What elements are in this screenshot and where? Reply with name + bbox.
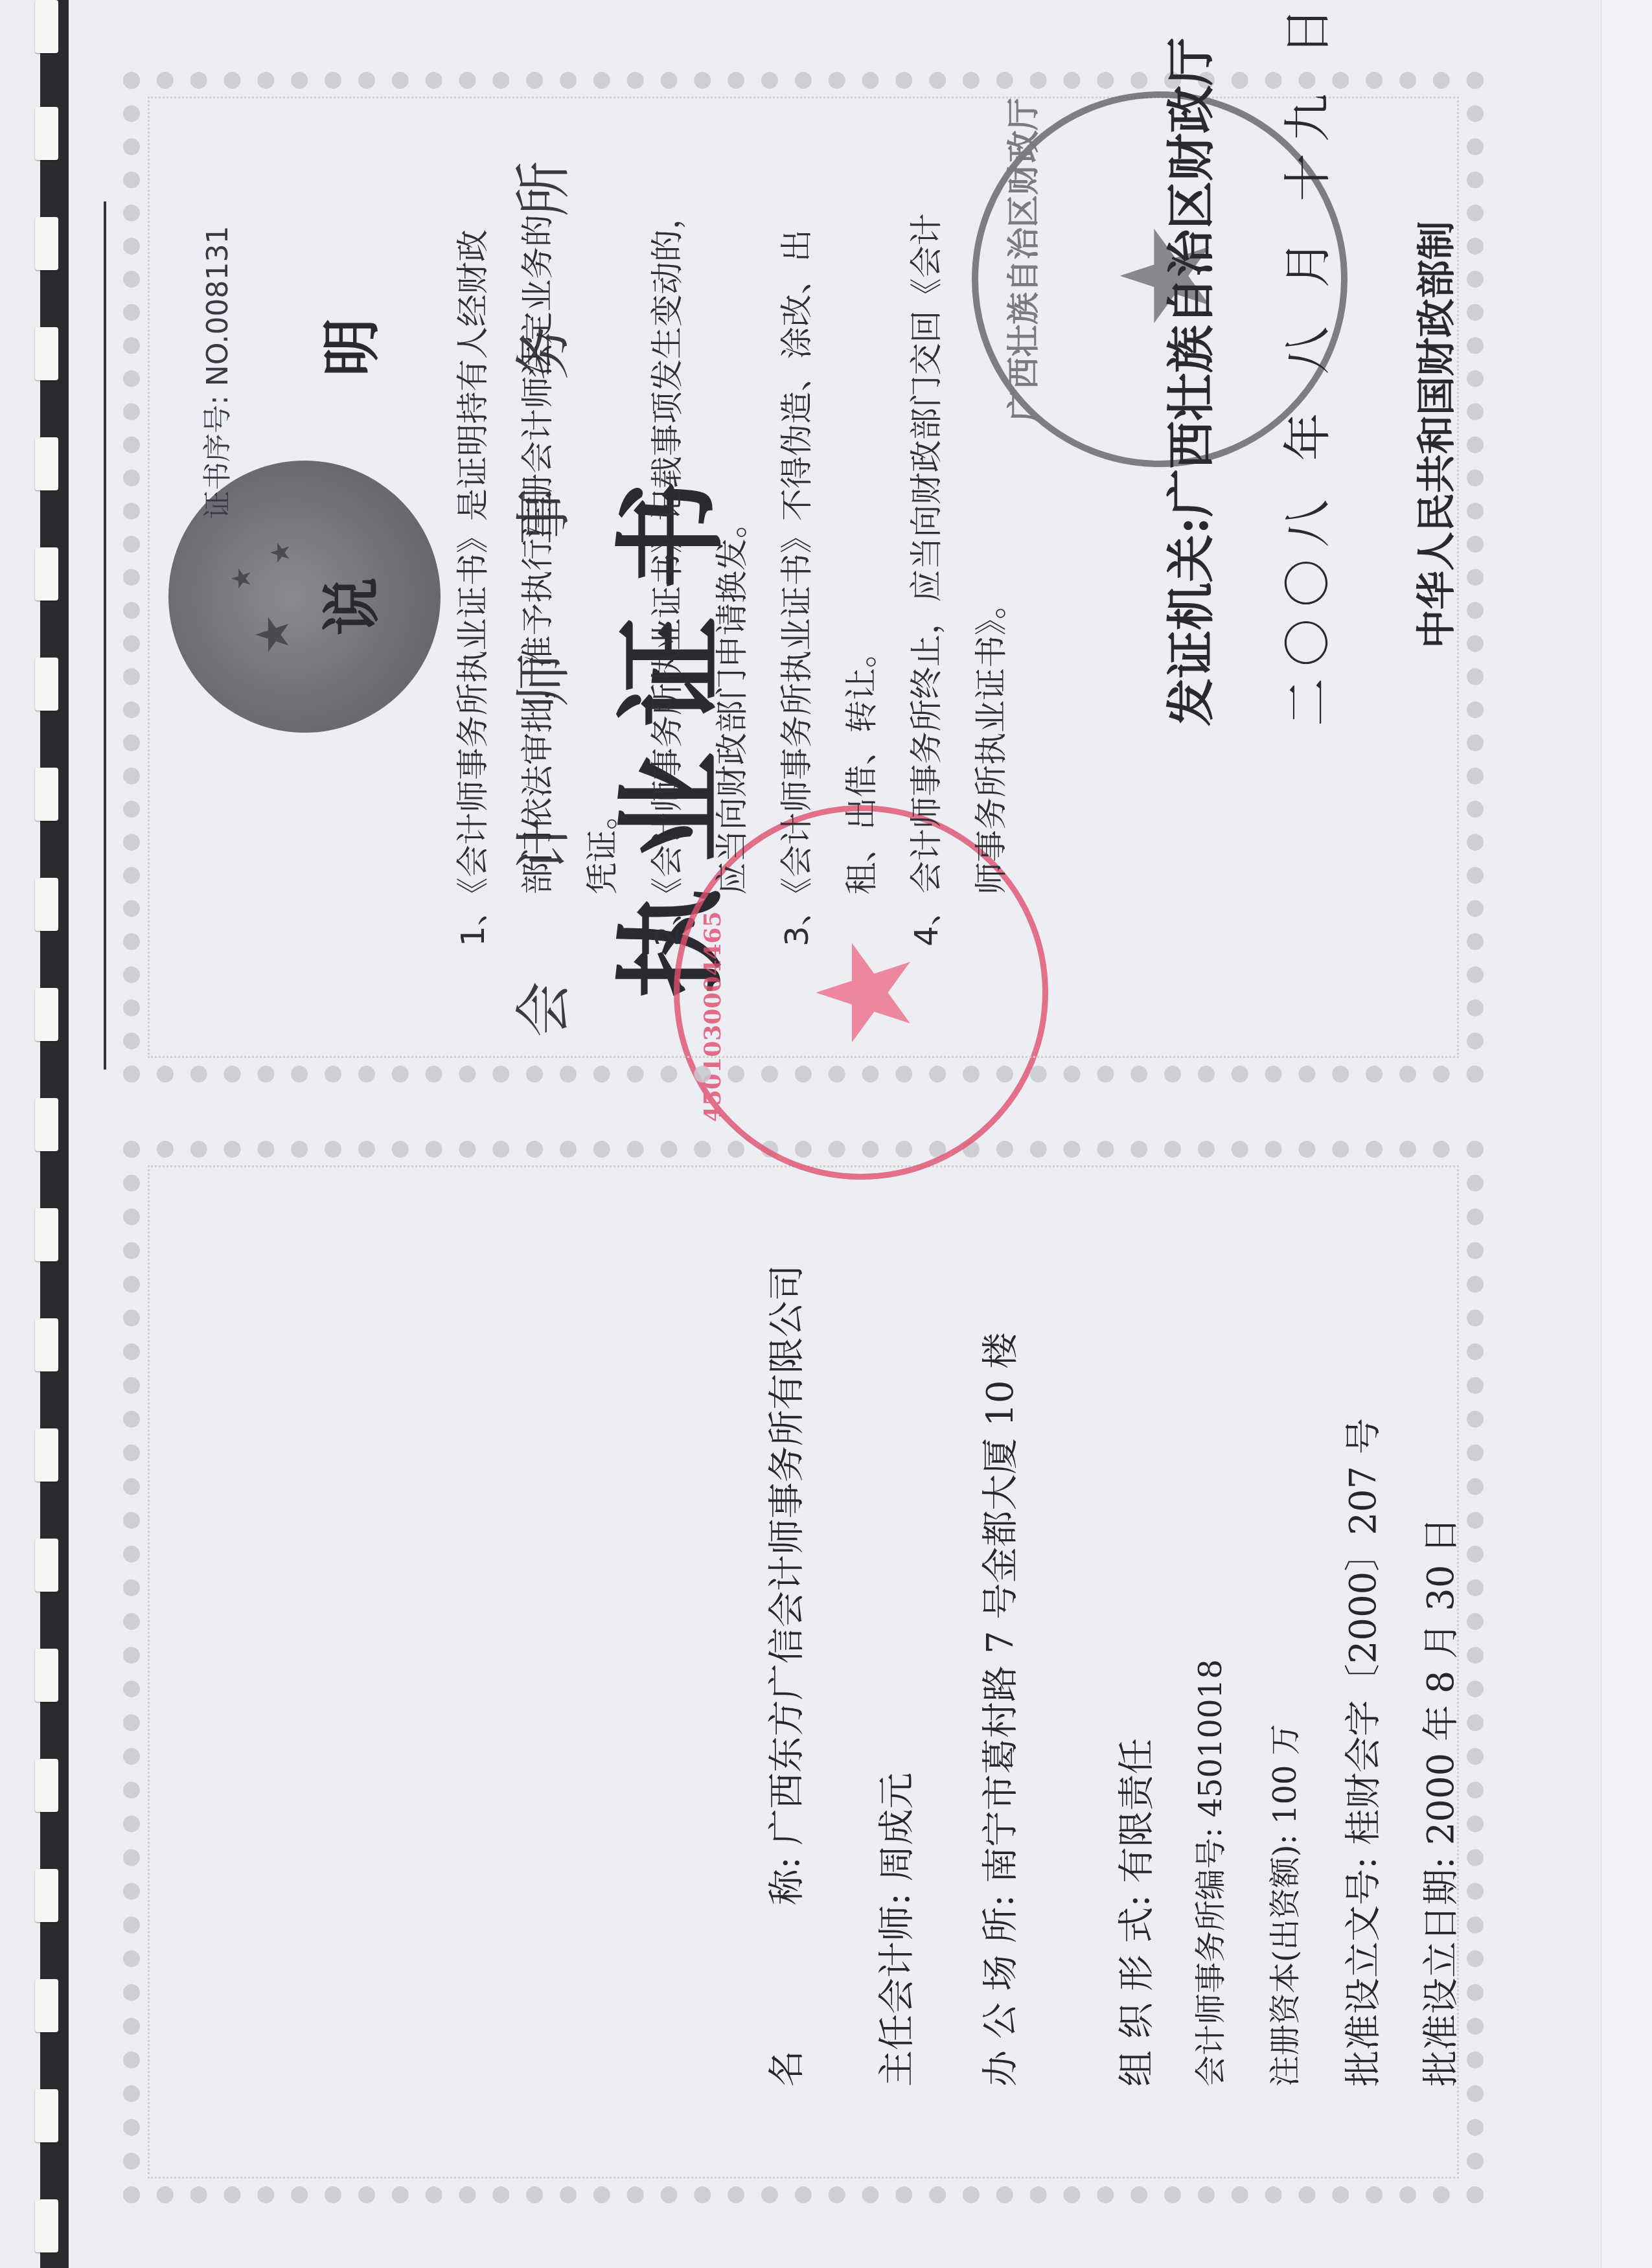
field-value: 广西东方广信会计师事务所有限公司 [766, 1265, 808, 1845]
issuing-authority: 发证机关:广西壮族自治区财政厅 [1153, 38, 1222, 726]
field-label: 主任会计师: [876, 1893, 918, 2087]
certificate-spread: ★ ★ ★ 会 计 师 事 务 所 执业证书 ★ 4501030004465 名… [0, 0, 1652, 2268]
field-value: 有限责任 [1116, 1738, 1158, 1883]
field-chief-accountant: 主任会计师: 周成元 [868, 1772, 920, 2087]
field-value: 45010018 [1193, 1659, 1229, 1817]
instruction-item: 1、《会计师事务所执业证书》是证明持有人经财政 [447, 229, 494, 946]
field-registered-capital: 注册资本(出资额): 100 万 [1260, 1724, 1305, 2087]
instruction-item: 3、《会计师事务所执业证书》不得伪造、涂改、出 [771, 229, 818, 946]
field-firm-number: 会计师事务所编号: 45010018 [1186, 1659, 1230, 2087]
instruction-item-line: 凭证。 [577, 797, 623, 895]
field-label: 批准设立文号: [1342, 1857, 1384, 2087]
field-label: 组 织 形 式: [1116, 1895, 1158, 2087]
field-value: 南宁市葛村路 7 号金都大厦 10 楼 [980, 1333, 1022, 1883]
instructions-heading: 说 明 [304, 247, 389, 636]
instruction-item-line: 应当向财政部门申请换发。 [706, 506, 753, 895]
field-value: 桂财会字〔2000〕207 号 [1342, 1418, 1384, 1845]
separator-line [104, 201, 106, 1070]
instruction-item: 4、会计师事务所终止，应当向财政部门交回《会计 [901, 213, 947, 946]
field-label: 办 公 场 所: [980, 1895, 1022, 2087]
field-label: 注册资本(出资额): [1267, 1834, 1303, 2087]
instruction-item-line: 部门依法审批，准予执行注册会计师法定业务的 [512, 214, 558, 895]
field-label: 批准设立日期: [1420, 1857, 1462, 2087]
field-label: 会计师事务所编号: [1193, 1827, 1229, 2087]
field-name: 名 称: 广西东方广信会计师事务所有限公司 [758, 1265, 810, 2087]
field-label: 名 称: [766, 1857, 808, 2087]
field-approval-document: 批准设立文号: 桂财会字〔2000〕207 号 [1335, 1418, 1386, 2087]
instruction-item-line: 师事务所执业证书》。 [965, 587, 1012, 895]
field-value: 2000 年 8 月 30 日 [1420, 1517, 1462, 1845]
field-organization-form: 组 织 形 式: 有限责任 [1108, 1738, 1160, 2087]
instruction-item: 2、《会计师事务所执业证书》记载事项发生变动的， [641, 197, 688, 946]
field-value: 周成元 [876, 1772, 918, 1881]
maker-line: 中华人民共和国财政部制 [1406, 221, 1462, 648]
field-value: 100 万 [1267, 1724, 1303, 1824]
instruction-item-line: 租、出借、转让。 [836, 636, 882, 895]
certificate-serial: 证书序号: NO.008131 [194, 225, 236, 519]
field-office-address: 办 公 场 所: 南宁市葛村路 7 号金都大厦 10 楼 [972, 1333, 1024, 2087]
issue-date: 二〇〇八 年 八 月 十九 日 [1270, 0, 1338, 726]
field-approval-date: 批准设立日期: 2000 年 8 月 30 日 [1412, 1517, 1464, 2087]
